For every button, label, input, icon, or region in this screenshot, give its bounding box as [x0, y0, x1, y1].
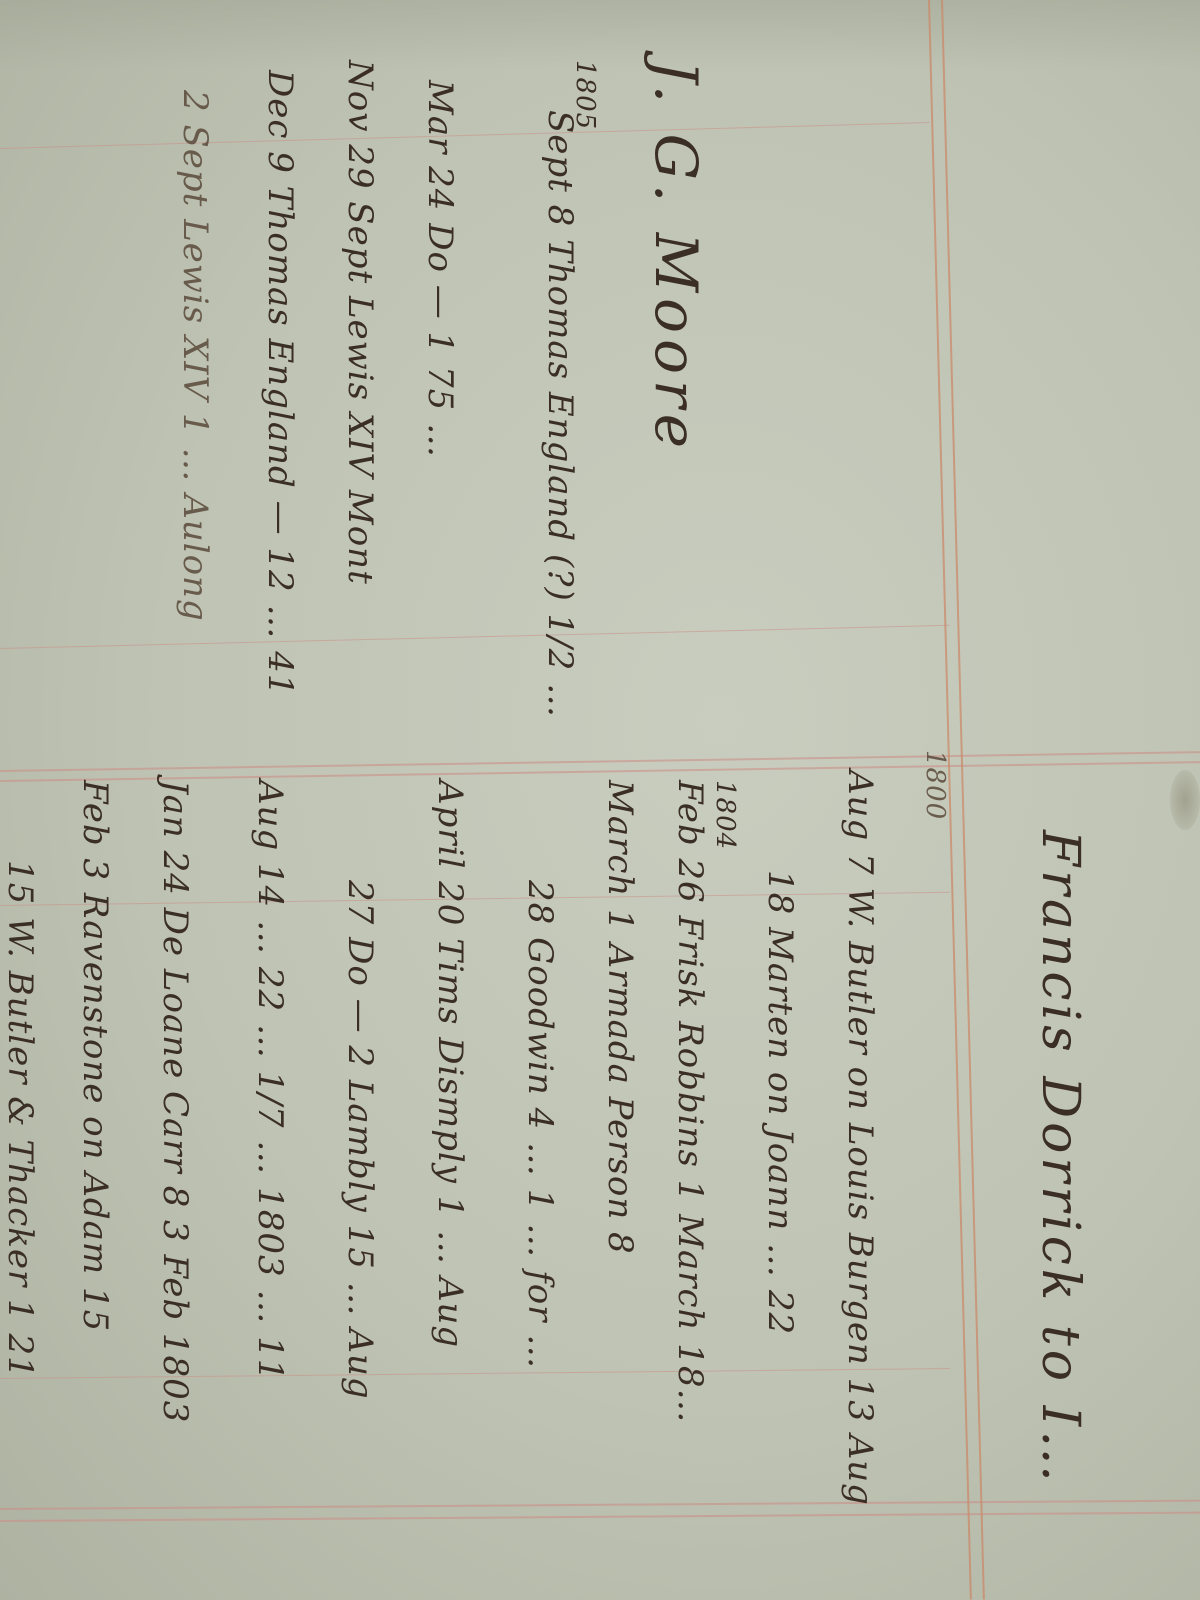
rule-line	[0, 1368, 950, 1379]
ledger-entry: Aug 14 … 22 … 1/7 … 1803 … 11	[250, 780, 290, 1382]
rule-line	[0, 761, 1200, 782]
ledger-entry: 2 Sept Lewis XIV 1 … Aulong	[175, 90, 215, 622]
rule-line	[0, 751, 1200, 772]
ledger-page: J. G. Moore 1805 Sept 8 Thomas England (…	[0, 0, 1200, 1600]
entry-year: 1804	[710, 780, 740, 850]
ledger-entry: 18 Marten on Joann … 22	[760, 870, 800, 1335]
account-heading-right: Francis Dorrick to I…	[1030, 830, 1090, 1486]
ledger-entry: Sept 8 Thomas England (?) 1/2 …	[540, 110, 580, 718]
rule-line	[0, 1500, 1200, 1510]
rule-line	[0, 892, 950, 906]
ledger-entry: 15 W. Butler & Thacker 1 21	[0, 860, 40, 1379]
ledger-entry: Feb 3 Ravenstone on Adam 15	[75, 780, 115, 1332]
paper-stain	[1170, 770, 1200, 830]
ledger-entry: 28 Goodwin 4 … 1 … for …	[520, 880, 560, 1369]
rule-line	[0, 122, 930, 149]
rule-line	[0, 625, 950, 649]
entry-year: 1800	[920, 750, 950, 820]
account-heading-left: J. G. Moore	[642, 60, 710, 454]
rule-line	[0, 1512, 1200, 1522]
ledger-entry: Feb 26 Frisk Robbins 1 March 18…	[670, 780, 710, 1424]
ledger-entry: April 20 Tims Dismply 1 … Aug	[430, 780, 470, 1348]
ledger-entry: Dec 9 Thomas England — 12 … 41	[260, 70, 300, 697]
page-shadow	[0, 0, 1200, 70]
ledger-entry: Aug 7 W. Butler on Louis Burgen 13 Aug	[840, 770, 880, 1506]
ledger-entry: 27 Do — 2 Lambly 15 … Aug	[340, 880, 380, 1400]
ledger-entry: Mar 24 Do — 1 75 …	[420, 80, 460, 458]
ledger-entry: March 1 Armada Person 8	[600, 780, 640, 1255]
ledger-entry: Nov 29 Sept Lewis XIV Mont	[340, 60, 380, 585]
ledger-entry: Jan 24 De Loane Carr 8 3 Feb 1803	[155, 780, 195, 1423]
